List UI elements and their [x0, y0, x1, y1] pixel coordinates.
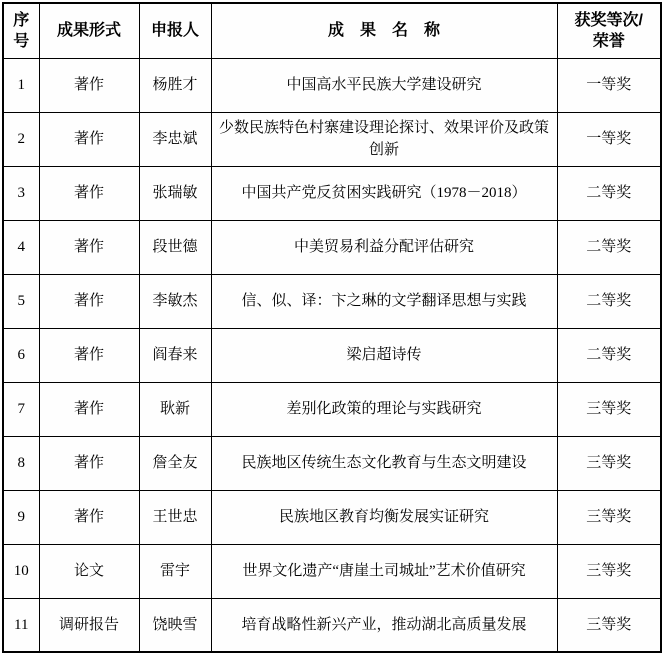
cell-title: 中美贸易利益分配评估研究 — [211, 220, 557, 274]
cell-no: 3 — [3, 166, 39, 220]
cell-applicant: 耿新 — [139, 382, 211, 436]
table-row: 4 著作 段世德 中美贸易利益分配评估研究 二等奖 — [3, 220, 661, 274]
cell-form: 论文 — [39, 544, 139, 598]
cell-no: 7 — [3, 382, 39, 436]
cell-no: 1 — [3, 58, 39, 112]
table-row: 11 调研报告 饶映雪 培育战略性新兴产业，推动湖北高质量发展 三等奖 — [3, 598, 661, 652]
column-header-applicant: 申报人 — [139, 3, 211, 58]
table-row: 2 著作 李忠斌 少数民族特色村寨建设理论探讨、效果评价及政策创新 一等奖 — [3, 112, 661, 166]
cell-form: 著作 — [39, 112, 139, 166]
cell-award: 一等奖 — [557, 112, 661, 166]
cell-form: 调研报告 — [39, 598, 139, 652]
cell-form: 著作 — [39, 274, 139, 328]
cell-title: 中国共产党反贫困实践研究（1978－2018） — [211, 166, 557, 220]
cell-no: 6 — [3, 328, 39, 382]
cell-applicant: 李敏杰 — [139, 274, 211, 328]
cell-applicant: 杨胜才 — [139, 58, 211, 112]
table-row: 6 著作 阎春来 梁启超诗传 二等奖 — [3, 328, 661, 382]
cell-title: 民族地区传统生态文化教育与生态文明建设 — [211, 436, 557, 490]
cell-award: 二等奖 — [557, 328, 661, 382]
cell-applicant: 王世忠 — [139, 490, 211, 544]
cell-no: 8 — [3, 436, 39, 490]
column-header-form: 成果形式 — [39, 3, 139, 58]
cell-form: 著作 — [39, 328, 139, 382]
cell-award: 二等奖 — [557, 274, 661, 328]
cell-no: 11 — [3, 598, 39, 652]
cell-form: 著作 — [39, 220, 139, 274]
table-header: 序 号 成果形式 申报人 成 果 名 称 获奖等次/ 荣誉 — [3, 3, 661, 58]
cell-award: 一等奖 — [557, 58, 661, 112]
cell-no: 2 — [3, 112, 39, 166]
cell-award: 三等奖 — [557, 544, 661, 598]
cell-title: 培育战略性新兴产业，推动湖北高质量发展 — [211, 598, 557, 652]
cell-applicant: 段世德 — [139, 220, 211, 274]
header-row: 序 号 成果形式 申报人 成 果 名 称 获奖等次/ 荣誉 — [3, 3, 661, 58]
cell-award: 三等奖 — [557, 598, 661, 652]
cell-award: 二等奖 — [557, 166, 661, 220]
table-row: 1 著作 杨胜才 中国高水平民族大学建设研究 一等奖 — [3, 58, 661, 112]
cell-no: 5 — [3, 274, 39, 328]
cell-title: 差别化政策的理论与实践研究 — [211, 382, 557, 436]
cell-title: 信、似、译：卞之琳的文学翻译思想与实践 — [211, 274, 557, 328]
cell-applicant: 李忠斌 — [139, 112, 211, 166]
cell-title: 民族地区教育均衡发展实证研究 — [211, 490, 557, 544]
cell-title: 少数民族特色村寨建设理论探讨、效果评价及政策创新 — [211, 112, 557, 166]
table-row: 10 论文 雷宇 世界文化遗产“唐崖土司城址”艺术价值研究 三等奖 — [3, 544, 661, 598]
cell-award: 三等奖 — [557, 382, 661, 436]
column-header-title: 成 果 名 称 — [211, 3, 557, 58]
cell-form: 著作 — [39, 58, 139, 112]
table-row: 3 著作 张瑞敏 中国共产党反贫困实践研究（1978－2018） 二等奖 — [3, 166, 661, 220]
cell-form: 著作 — [39, 436, 139, 490]
cell-title: 中国高水平民族大学建设研究 — [211, 58, 557, 112]
cell-applicant: 张瑞敏 — [139, 166, 211, 220]
cell-title: 梁启超诗传 — [211, 328, 557, 382]
cell-form: 著作 — [39, 490, 139, 544]
cell-applicant: 詹全友 — [139, 436, 211, 490]
cell-award: 三等奖 — [557, 436, 661, 490]
column-header-no: 序 号 — [3, 3, 39, 58]
cell-form: 著作 — [39, 166, 139, 220]
cell-applicant: 雷宇 — [139, 544, 211, 598]
table-row: 8 著作 詹全友 民族地区传统生态文化教育与生态文明建设 三等奖 — [3, 436, 661, 490]
cell-award: 二等奖 — [557, 220, 661, 274]
table-body: 1 著作 杨胜才 中国高水平民族大学建设研究 一等奖 2 著作 李忠斌 少数民族… — [3, 58, 661, 652]
cell-award: 三等奖 — [557, 490, 661, 544]
cell-applicant: 阎春来 — [139, 328, 211, 382]
table-row: 7 著作 耿新 差别化政策的理论与实践研究 三等奖 — [3, 382, 661, 436]
table-row: 5 著作 李敏杰 信、似、译：卞之琳的文学翻译思想与实践 二等奖 — [3, 274, 661, 328]
cell-applicant: 饶映雪 — [139, 598, 211, 652]
table-row: 9 著作 王世忠 民族地区教育均衡发展实证研究 三等奖 — [3, 490, 661, 544]
awards-table: 序 号 成果形式 申报人 成 果 名 称 获奖等次/ 荣誉 1 著作 杨胜才 中… — [2, 2, 662, 653]
cell-title: 世界文化遗产“唐崖土司城址”艺术价值研究 — [211, 544, 557, 598]
column-header-award: 获奖等次/ 荣誉 — [557, 3, 661, 58]
cell-no: 10 — [3, 544, 39, 598]
cell-no: 4 — [3, 220, 39, 274]
document-page: 序 号 成果形式 申报人 成 果 名 称 获奖等次/ 荣誉 1 著作 杨胜才 中… — [0, 0, 663, 655]
cell-no: 9 — [3, 490, 39, 544]
cell-form: 著作 — [39, 382, 139, 436]
